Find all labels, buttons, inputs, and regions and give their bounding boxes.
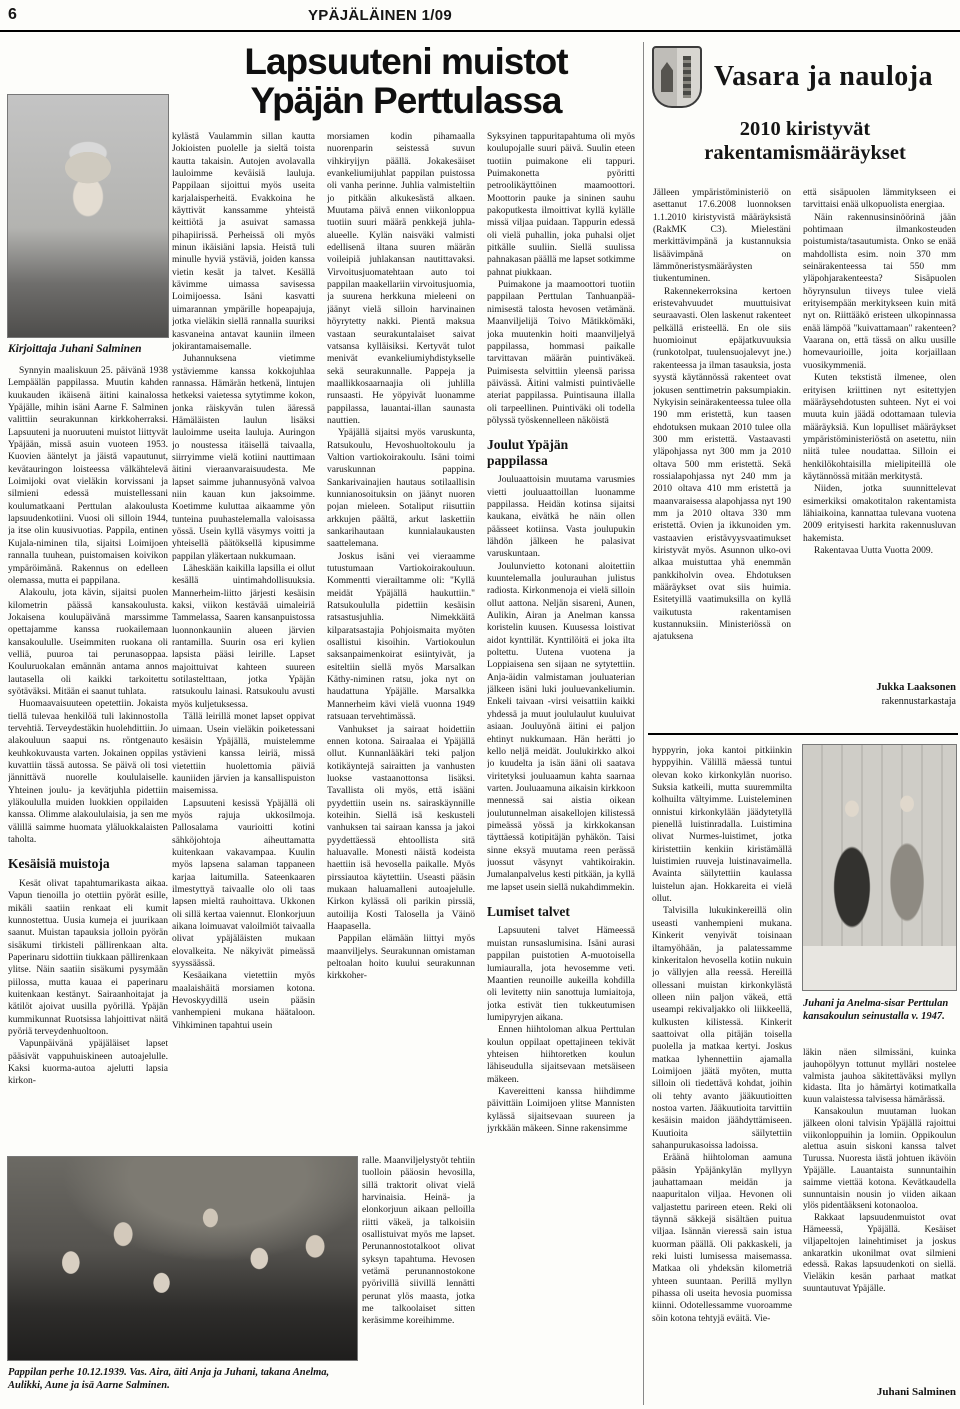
paragraph: Jouluaattoisin muutama varusmies vietti … (487, 474, 635, 560)
paragraph: Synnyin maaliskuun 25. päivänä 1938 Lemp… (8, 365, 168, 587)
family-photo-caption: Pappilan perhe 10.12.1939. Vas. Aira, äi… (8, 1366, 360, 1392)
section-heading-joulut: Joulut Ypäjän pappilassa (487, 437, 635, 468)
article-column-2-continued: ralle. Maanviljelystyöt tehtiin tuolloin… (362, 1155, 475, 1328)
paragraph: Alakoulu, jota kävin, sijaitsi puolen ki… (8, 587, 168, 698)
children-photo-caption: Juhani ja Anelma-sisar Perttulan kansako… (803, 997, 957, 1023)
article-column-2: morsiamen kodin pihamaalla nuorenparin s… (327, 131, 475, 983)
byline: Kirjoittaja Juhani Salminen (8, 343, 170, 355)
author-column-text: Synnyin maaliskuun 25. päivänä 1938 Lemp… (8, 365, 168, 846)
paragraph: Vanhukset ja sairaat hoidettiin ennen ko… (327, 724, 475, 934)
paragraph: Joskus isäni vei vieraamme tutustumaan V… (327, 551, 475, 724)
paragraph: Kuten tekstistä ilmenee, olen erityisen … (803, 372, 956, 483)
paragraph: Lapsuuteni kesissä Ypäjällä oli myös raj… (172, 798, 315, 971)
paragraph: kylästä Vaulammin sillan kautta Jokioist… (172, 131, 315, 353)
vasara-signature-name: Jukka Laaksonen (803, 682, 956, 693)
section-heading-lumiset-talvet: Lumiset talvet (487, 904, 635, 920)
article-column-4: hyppyrin, joka kantoi pitkiinkin hyppyih… (652, 745, 792, 1325)
paragraph: läkin näen silmissäni, kuinka jauhopölyy… (803, 1048, 956, 1107)
paragraph: Syksyinen tappuritapahtuma oli myös koul… (487, 131, 635, 279)
paragraph: Talvisilla lukukinkereillä olin useasti … (652, 905, 792, 1152)
family-photo (8, 1157, 357, 1360)
paragraph: Niiden, jotka suunnittelevat esimerkiksi… (803, 483, 956, 545)
paragraph: Joulunvietto kotonani aloitettiin kuunte… (487, 561, 635, 894)
paragraph: Näin rakennusinsinöörinä jään pohtimaan … (803, 212, 956, 372)
vasara-signature-role: rakennustarkastaja (803, 696, 956, 707)
paragraph: hyppyrin, joka kantoi pitkiinkin hyppyih… (652, 745, 792, 905)
author-portrait-photo (8, 95, 168, 337)
masthead: YPÄJÄLÄINEN 1/09 (250, 7, 510, 24)
children-photo (803, 745, 956, 990)
paragraph: Kesäaikana vietettiin myös maalaishäitä … (172, 970, 315, 1032)
vasara-box: Vasara ja nauloja 2010 kiristyvät rakent… (652, 46, 958, 165)
paragraph: Kansakoulun muutaman luokan jälkeen olon… (803, 1107, 956, 1213)
paragraph: morsiamen kodin pihamaalla nuorenparin s… (327, 131, 475, 427)
paragraph: Eräänä hiihtoloman aamuna pääsin Ypäjänk… (652, 1152, 792, 1325)
page-number: 6 (8, 6, 17, 24)
section-heading-kesaisia-muistoja: Kesäisiä muistoja (8, 856, 168, 872)
paragraph: Läheskään kaikilla lapsilla ei ollut kes… (172, 563, 315, 711)
article-signature: Juhani Salminen (803, 1386, 956, 1398)
paragraph: Tällä leirillä monet lapset oppivat uima… (172, 711, 315, 797)
article-headline: Lapsuuteni muistot Ypäjän Perttulassa (170, 42, 642, 120)
paragraph: ralle. Maanviljelystyöt tehtiin tuolloin… (362, 1155, 475, 1328)
article-column-1: kylästä Vaulammin sillan kautta Jokioist… (172, 131, 315, 1032)
paragraph: Huomaavaisuuteen opetettiin. Jokaista ti… (8, 698, 168, 846)
paragraph: Kavereitteni kanssa hiihdimme päivittäin… (487, 1086, 635, 1135)
paragraph: Puimakone ja maamoottori tuotiin pappila… (487, 279, 635, 427)
paragraph: Jälleen ympäristöministeriö on asettanut… (653, 187, 791, 286)
paragraph: että sisäpuolen lämmitykseen ei tarvitta… (803, 187, 956, 212)
vasara-column-a: Jälleen ympäristöministeriö on asettanut… (653, 187, 791, 644)
header-rule (0, 30, 960, 32)
municipal-coat-of-arms-icon (652, 46, 702, 108)
newspaper-page: 6 YPÄJÄLÄINEN 1/09 Kirjoittaja Juhani Sa… (0, 0, 960, 1409)
article-column-3: Lapsuuteni talvet Hämeessä muistan runsa… (487, 925, 635, 1135)
paragraph: Rakentavaa Uutta Vuotta 2009. (803, 545, 956, 557)
paragraph: Lapsuuteni talvet Hämeessä muistan runsa… (487, 925, 635, 1024)
article-column-3: Syksyinen tappuritapahtuma oli myös koul… (487, 131, 635, 427)
paragraph: Vapunpäivänä ypäjäläiset lapset pääsivät… (8, 1038, 168, 1087)
column-divider-rule (643, 42, 644, 1405)
article-column-3: Jouluaattoisin muutama varusmies vietti … (487, 474, 635, 894)
paragraph: Kesät olivat tapahtumarikasta aikaa. Vap… (8, 878, 168, 1038)
paragraph: Juhannuksena vietimme ystäviemme kanssa … (172, 353, 315, 563)
paragraph: Pappilan elämään liittyi myös maanviljel… (327, 933, 475, 982)
author-column-text: Kesät olivat tapahtumarikasta aikaa. Vap… (8, 878, 168, 1088)
section-divider-rule (648, 733, 958, 735)
article-column-5: läkin näen silmissäni, kuinka jauhopölyy… (803, 1048, 956, 1296)
paragraph: Rakkaat lapsuudenmuistot ovat Hämeessä, … (803, 1213, 956, 1296)
vasara-subtitle: 2010 kiristyvät rakentamismääräykset (652, 118, 958, 165)
paragraph: Ypäjällä sijaitsi myös varuskunta, Ratsu… (327, 427, 475, 550)
vasara-title: Vasara ja nauloja (714, 61, 933, 93)
vasara-column-b: että sisäpuolen lämmitykseen ei tarvitta… (803, 187, 956, 557)
paragraph: Rakennekerroksina kertoen eristevahvuude… (653, 286, 791, 644)
paragraph: Ennen hiihtoloman alkua Perttulan koulun… (487, 1024, 635, 1086)
